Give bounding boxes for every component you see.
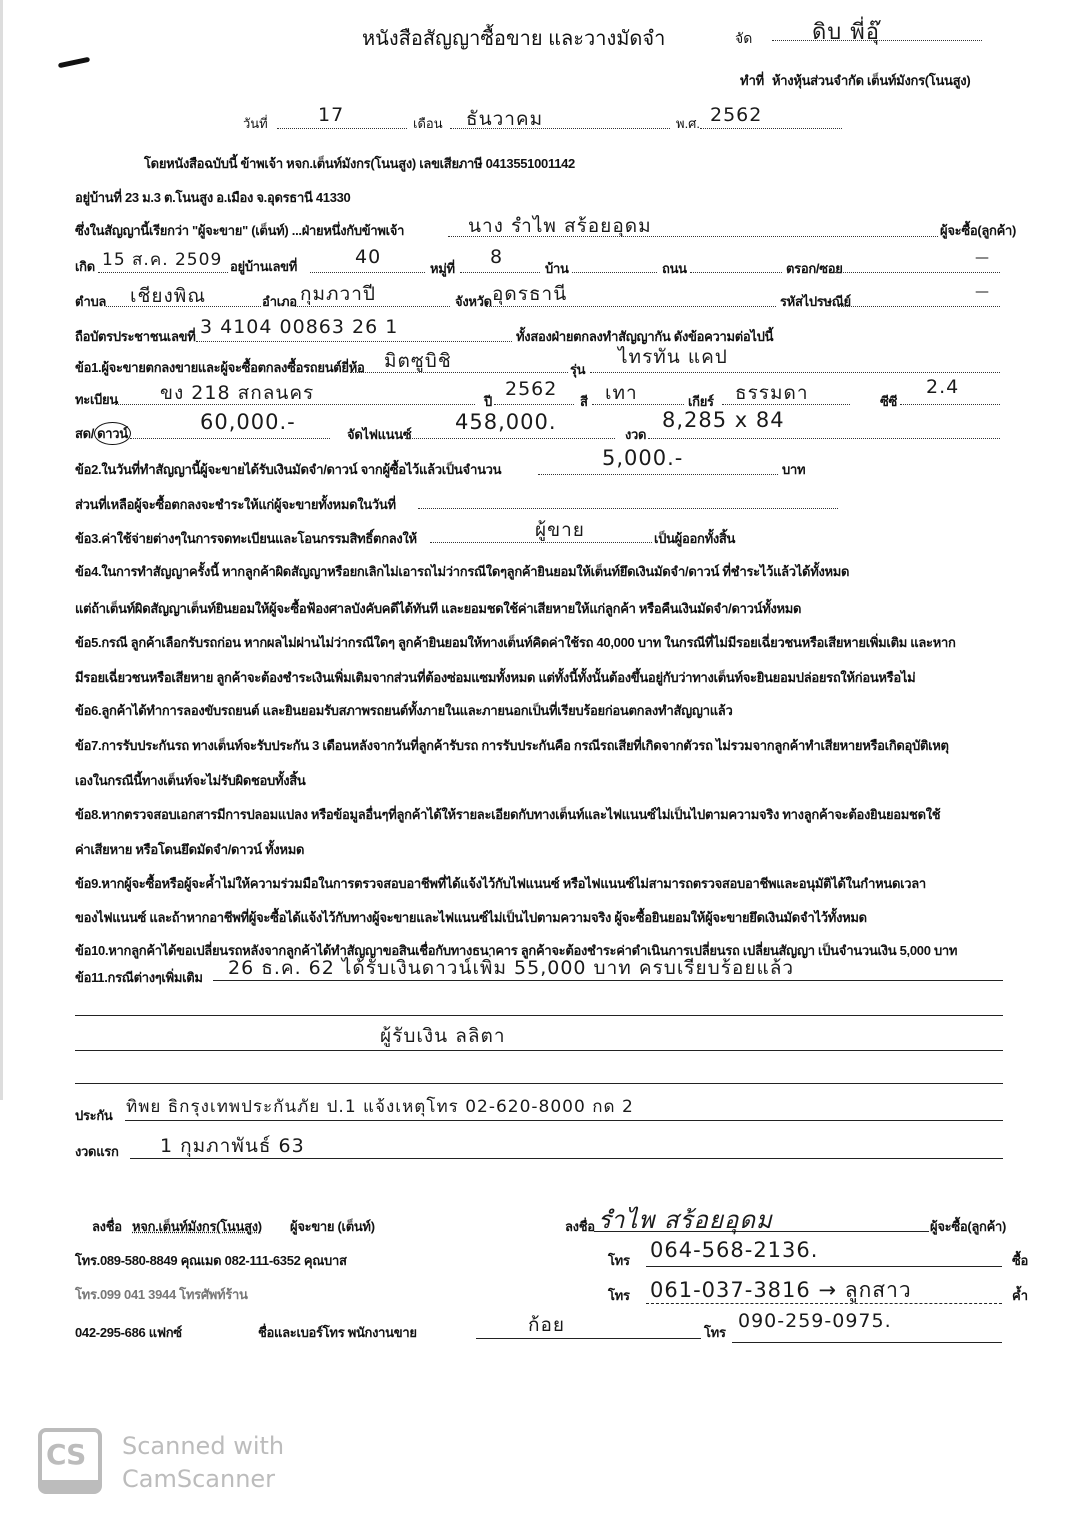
postcode-value: —: [975, 284, 990, 300]
reg-label: ทะเบียน: [75, 389, 118, 410]
camscanner-logo-text: CS: [46, 1438, 85, 1471]
subdistrict-label: ตำบล: [75, 291, 106, 312]
clause-line: ข้อ9.หากผู้จะซื้อหรือผู้จะค้ำไม่ให้ความร…: [75, 873, 926, 894]
reg-year-value: 2562: [505, 378, 557, 400]
road-underline: [690, 272, 782, 273]
cc-value: 2.4: [926, 376, 959, 398]
buyer-phone-value: 064-568-2136.: [650, 1238, 818, 1262]
buyer-name-value: นาง รำไพ สร้อยอุดม: [468, 211, 652, 241]
clause-line: เองในกรณีนี้ทางเต็นท์จะไม่รับผิดชอบทั้งส…: [75, 770, 306, 791]
guarantor-phone-value: 061-037-3816 → ลูกสาว: [650, 1274, 912, 1307]
clause-line: ข้อ5.กรณี ลูกค้าเลือกรับรถก่อน หากผลไม่ผ…: [75, 632, 956, 653]
year-label: พ.ศ.: [676, 113, 700, 134]
cash-label: สด/ดาวน์: [75, 422, 131, 445]
brand-underline: [350, 372, 568, 373]
house-no-label: อยู่บ้านเลขที่: [230, 256, 297, 277]
finance-label: จัดไฟแนนซ์: [347, 424, 411, 445]
camscanner-logo-icon: CS: [38, 1428, 102, 1494]
installment-underline: [648, 438, 1000, 439]
cc-underline: [900, 404, 1000, 405]
deposit-value: 5,000.-: [602, 446, 683, 470]
clause11-line1: 26 ธ.ค. 62 ได้รับเงินดาวน์เพิ่ม 55,000 บ…: [228, 953, 794, 983]
deposit-underline: [538, 474, 778, 475]
document-title: หนังสือสัญญาซื้อขาย และวางมัดจำ: [362, 22, 665, 54]
clause-line: ของไฟแนนซ์ และถ้าหากอาชีพที่ผู้จะซื้อได้…: [75, 907, 867, 928]
id-value: 3 4104 00863 26 1: [200, 316, 398, 338]
buyer-sign-label: ลงชื่อ: [565, 1216, 595, 1237]
village-label: บ้าน: [545, 258, 569, 279]
clause11-label: ข้อ11.กรณีต่างๆเพิ่มเติม: [75, 967, 203, 988]
cash-underline: [130, 438, 330, 439]
cash-label-prefix: สด/: [75, 426, 94, 441]
camscanner-line1: Scanned with: [122, 1430, 284, 1463]
clause-line: ข้อ8.หากตรวจสอบเอกสารมีการปลอมแปลง หรือข…: [75, 804, 940, 825]
place-value: ห้างหุ้นส่วนจำกัด เต็นท์มังกร(โนนสูง): [772, 70, 970, 91]
seller-intro: โดยหนังสือฉบับนี้ ข้าพเจ้า หจก.เต็นท์มัง…: [144, 153, 575, 174]
road-label: ถนน: [662, 258, 687, 279]
color-value: เทา: [605, 378, 638, 408]
clause-line: ค่าเสียหาย หรือโดนยึดมัดจำ/ดาวน์ ทั้งหมด: [75, 839, 304, 860]
place-label: ทำที่: [740, 70, 764, 91]
province-value: อุดรธานี: [492, 279, 567, 309]
camscanner-line2: CamScanner: [122, 1463, 284, 1496]
seller-fax: 042-295-686 แฟกซ์: [75, 1322, 182, 1343]
born-label: เกิด: [75, 256, 95, 277]
clause11-line3-rule: [75, 1050, 1003, 1051]
reg-year-underline: [494, 404, 574, 405]
guarantor-phone-label: โทร: [608, 1285, 630, 1306]
moo-value: 8: [490, 246, 503, 268]
color-label: สี: [580, 391, 588, 412]
model-label: รุ่น: [570, 359, 585, 380]
clause11-line4-rule: [75, 1083, 1003, 1084]
cash-label-circled: ดาวน์: [94, 422, 131, 445]
seller-address: อยู่บ้านที่ 23 ม.3 ต.โนนสูง อ.เมือง จ.อุ…: [75, 187, 351, 208]
clause3-suffix: เป็นผู้ออกทั้งสิ้น: [654, 528, 735, 549]
house-no-underline: [310, 272, 425, 273]
seller-phone1: โทร.089-580-8849 คุณเมด 082-111-6352 คุณ…: [75, 1250, 347, 1271]
clause3-text: ข้อ3.ค่าใช้จ่ายต่างๆในการจดทะเบียนและโอน…: [75, 528, 417, 549]
model-underline: [590, 372, 1000, 373]
assigned-value: ดิบ พี่อุ๊: [812, 14, 880, 49]
pen-mark: [58, 57, 90, 69]
clause-line: แต่ถ้าเต็นท์ผิดสัญญาเต็นท์ยินยอมให้ผู้จะ…: [75, 598, 801, 619]
village-underline: [572, 272, 657, 273]
year-underline: [700, 128, 842, 129]
model-value: ไทรทัน แคป: [618, 342, 728, 372]
installment-label: งวด: [625, 424, 646, 445]
buyer-phone-rule: [646, 1266, 1002, 1267]
seller-sign-label: ลงชื่อ: [92, 1216, 122, 1237]
sales-name-value: ก้อย: [528, 1310, 565, 1340]
clause11-line2-rule: [75, 1015, 1003, 1016]
brand-value: มิตซูบิชิ: [384, 346, 452, 376]
moo-underline: [460, 272, 540, 273]
reg-value: ขง 218 สกลนคร: [160, 378, 314, 408]
house-no-value: 40: [355, 246, 381, 268]
scan-edge: [0, 0, 3, 1100]
buyer-called-label: ซึ่งในสัญญานี้เรียกว่า "ผู้จะขาย" (เต็นท…: [75, 220, 404, 241]
clause-line: ข้อ4.ในการทำสัญญาครั้งนี้ หากลูกค้าผิดสั…: [75, 561, 849, 582]
buyer-role: ผู้จะซื้อ(ลูกค้า): [930, 1216, 1006, 1237]
clause-line: มีรอยเฉี่ยวชนหรือเสียหาย ลูกค้าจะต้องชำร…: [75, 667, 915, 688]
guarantor-phone-suffix: ค้ำ: [1012, 1285, 1028, 1306]
first-installment-value: 1 กุมภาพันธ์ 63: [160, 1131, 305, 1161]
month-label: เดือน: [413, 113, 443, 134]
assigned-label: จัด: [735, 28, 752, 50]
sales-name-rule: [476, 1338, 701, 1339]
soi-value: —: [975, 250, 990, 266]
soi-label: ตรอก/ซอย: [786, 258, 843, 279]
insurance-rule: [125, 1120, 1003, 1121]
born-value: 15 ส.ค. 2509: [102, 246, 222, 273]
payer-value: ผู้ขาย: [535, 515, 585, 545]
remaining-underline: [418, 508, 838, 509]
day-label: วันที่: [243, 113, 268, 134]
moo-label: หมู่ที่: [430, 258, 455, 279]
buyer-role-label: ผู้จะซื้อ(ลูกค้า): [940, 220, 1016, 241]
cash-value: 60,000.-: [200, 410, 296, 434]
district-label: อำเภอ: [262, 291, 297, 312]
reg-year-label: ปี: [484, 391, 492, 412]
deposit-unit: บาท: [782, 459, 805, 480]
year-value: 2562: [710, 104, 762, 126]
sales-phone-rule: [732, 1342, 1002, 1343]
camscanner-caption: Scanned with CamScanner: [122, 1430, 284, 1496]
finance-value: 458,000.: [455, 410, 557, 434]
sales-phone-label: โทร: [704, 1322, 726, 1343]
seller-role: ผู้จะขาย (เต็นท์): [290, 1216, 375, 1237]
buyer-sign-value: รำไพ สร้อยอุดม: [598, 1200, 773, 1239]
clause-line: ข้อ7.การรับประกันรถ ทางเต็นท์จะรับประกัน…: [75, 735, 949, 756]
soi-underline: [835, 272, 1000, 273]
sales-label: ชื่อและเบอร์โทร พนักงานขาย: [258, 1322, 417, 1343]
province-label: จังหวัด: [455, 291, 492, 312]
clause11-line3: ผู้รับเงิน ลลิตา: [380, 1021, 506, 1051]
camscanner-logo-bar: [42, 1480, 98, 1490]
day-value: 17: [318, 104, 344, 126]
postcode-underline: [838, 306, 1000, 307]
sales-phone-value: 090-259-0975.: [738, 1310, 892, 1332]
insurance-value: ทิพย ธิกรุงเทพประกันภัย ป.1 แจ้งเหตุโทร …: [126, 1093, 634, 1120]
clause1-label: ข้อ1.ผู้จะขายตกลงขายและผู้จะซื้อตกลงซื้อ…: [75, 357, 365, 378]
buyer-phone-suffix: ซื้อ: [1012, 1250, 1028, 1271]
insurance-label: ประกัน: [75, 1105, 112, 1126]
clause-line: ข้อ6.ลูกค้าได้ทำการลองขับรถยนต์ และยินยอ…: [75, 700, 732, 721]
id-underline: [196, 341, 512, 342]
district-value: กุมภวาปี: [300, 279, 376, 309]
clause2-text: ข้อ2.ในวันที่ทำสัญญานี้ผู้จะขายได้รับเงิ…: [75, 459, 501, 480]
remaining-text: ส่วนที่เหลือผู้จะซื้อตกลงจะชำระให้แก่ผู้…: [75, 494, 396, 515]
postcode-label: รหัสไปรษณีย์: [780, 291, 851, 312]
first-installment-label: งวดแรก: [75, 1141, 119, 1162]
installment-value: 8,285 x 84: [662, 408, 785, 432]
seller-sign-value: หจก.เต็นท์มังกร(โนนสูง): [132, 1216, 262, 1237]
id-label: ถือบัตรประชาชนเลขที่: [75, 326, 195, 347]
month-value: ธันวาคม: [466, 104, 543, 134]
buyer-phone-label: โทร: [608, 1250, 630, 1271]
cc-label: ซีซี: [880, 391, 897, 412]
gear-value: ธรรมดา: [735, 378, 809, 408]
subdistrict-value: เชียงพิณ: [130, 281, 206, 311]
day-underline: [277, 128, 407, 129]
finance-underline: [405, 438, 615, 439]
seller-phone2: โทร.099 041 3944 โทรศัพท์ร้าน: [75, 1284, 248, 1305]
